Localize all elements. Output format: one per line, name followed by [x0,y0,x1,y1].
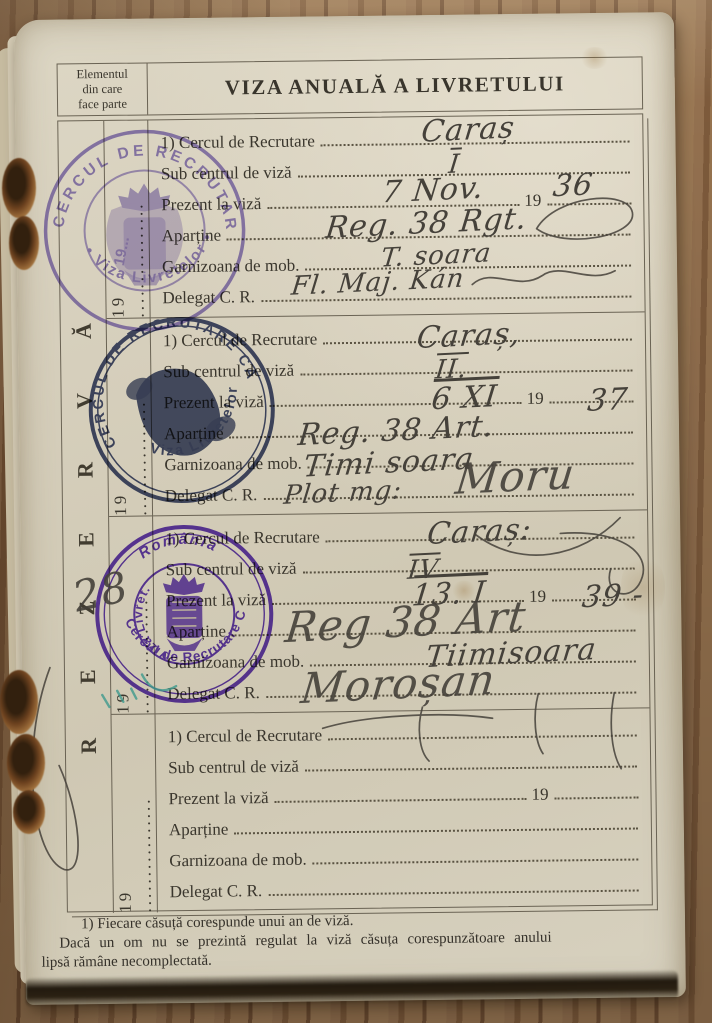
hw-delegat-signature: Moru [453,449,578,504]
dotted-line [313,859,639,865]
rubber-stamp-purple: România Cercul de Recrutare Caraș Viza L… [91,521,277,707]
dotted-line [234,828,638,835]
printed-year-19: 19 [527,587,546,607]
stamp-inner-text: Viza Livret. [131,582,171,664]
dotted-line [555,796,639,799]
footnote-line: lipsă rămâne necomplectată. [41,953,212,972]
visa-section-4: 1) Cercul de Recrutare Sub centrul de vi… [156,708,652,912]
hw-year-value: 37 [586,382,630,419]
element-cell-line: Elementul [76,67,128,82]
torn-binding-hole [13,790,45,834]
year-dots: ................ [134,796,155,912]
element-cell-line: din care [82,82,122,97]
field-label-sub-centrul: Sub centrul de viză [168,757,299,779]
printed-year-19: 19 [525,389,544,409]
element-cell: Elementul din care face parte [58,63,149,115]
dotted-line [275,798,527,803]
svg-text:Viza Livret.: Viza Livret. [131,582,171,664]
field-label-apartine: Aparține [169,820,229,841]
dotted-line [328,735,637,741]
hw-year-value: 39 - [580,577,646,615]
hw-cercul-value: Caraș: [425,512,533,552]
hw-delegat-value: Plot mg: [282,475,403,511]
year-cell: 19................ [112,714,158,913]
field-label-delegat: Delegat C. R. [170,881,263,902]
header-box: Elementul din care face parte VIZA ANUAL… [57,56,644,116]
photo-of-military-booklet-page: { "header": { "element_cell_lines": ["El… [0,0,712,1023]
torn-binding-hole [9,216,39,270]
page-title: VIZA ANUALĂ A LIVRETULUI [148,57,643,114]
dotted-line [268,890,638,897]
hw-cercul-value: Caraș [419,110,516,150]
printed-year-19: 19 [529,785,548,805]
booklet-page: Elementul din care face parte VIZA ANUAL… [14,12,686,1005]
hw-cercul-value: Caraș, [415,316,523,356]
element-cell-line: face parte [78,97,127,112]
hw-delegat-signature: Moroșan [299,655,499,713]
year-label: 19 [115,890,134,913]
torn-binding-hole [0,670,38,734]
field-label-garnizoana: Garnizoana de mob. [169,850,307,872]
field-label-cercul: 1) Cercul de Recrutare [168,725,323,747]
torn-binding-hole [7,734,45,792]
footnote-line: 1) Fiecare căsuță corespunde unui an de … [81,913,354,933]
field-label-prezent: Prezent la viză [168,788,268,809]
stamp-coat-of-arms [163,574,206,652]
dotted-line [305,766,637,772]
dotted-line [303,568,635,574]
torn-binding-hole [2,158,36,218]
hw-year-value: 36 [551,167,595,204]
